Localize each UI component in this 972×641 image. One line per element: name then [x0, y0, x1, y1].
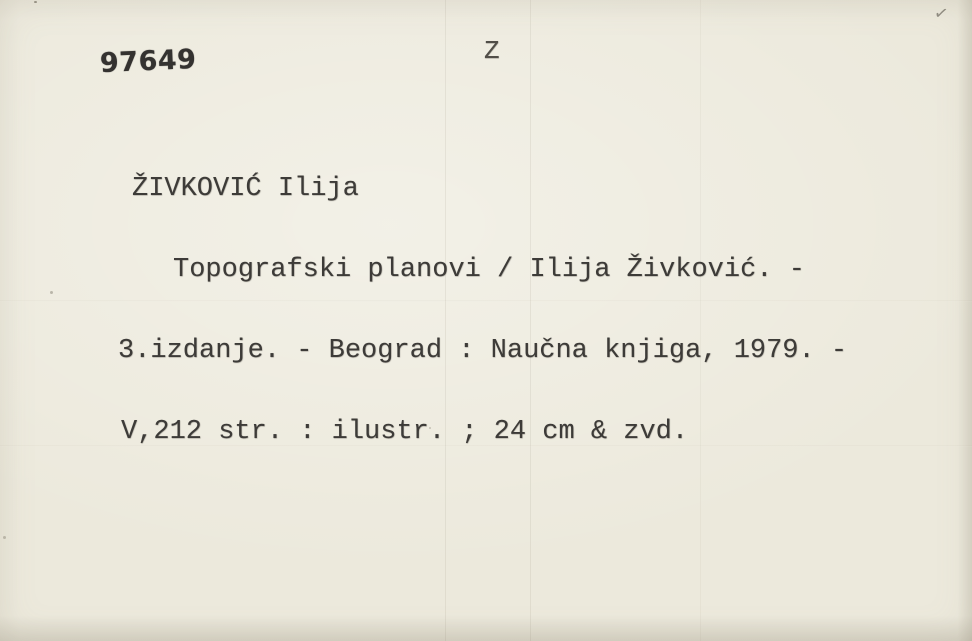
catalog-number-stamp: 97649: [99, 44, 197, 79]
dust-speck: [34, 1, 37, 3]
catalog-card: 97649 Z ✓ ŽIVKOVIĆ Ilija Topografski pla…: [0, 0, 972, 641]
entry-heading-line: ŽIVKOVIĆ Ilija: [132, 176, 847, 203]
filing-letter: Z: [484, 36, 500, 66]
entry-edition-imprint-line: 3.izdanje. - Beograd : Naučna knjiga, 19…: [118, 338, 847, 365]
catalog-entry: ŽIVKOVIĆ Ilija Topografski planovi / Ili…: [118, 122, 847, 500]
dust-speck: [50, 291, 53, 294]
dust-speck: [3, 536, 6, 539]
entry-title-line: Topografski planovi / Ilija Živković. -: [173, 257, 847, 284]
pencil-checkmark: ✓: [932, 3, 950, 25]
entry-collation-line: V,212 str. : ilustr. ; 24 cm & zvd.: [121, 419, 847, 446]
